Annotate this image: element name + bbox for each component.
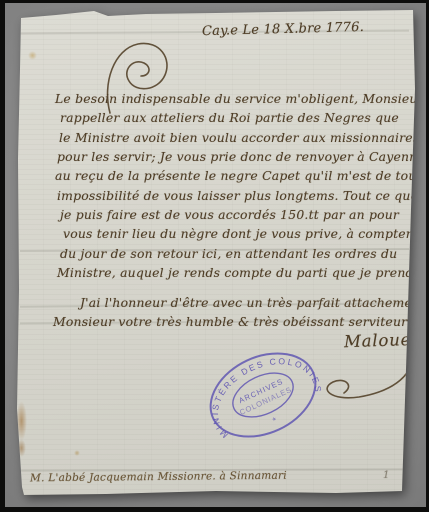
letter-line: Ministre, auquel je rends compte du part… [57, 265, 420, 280]
foxing-stain [74, 450, 80, 456]
archive-stamp: MINISTÈRE DES COLONIES ARCHIVES COLONIAL… [184, 324, 342, 466]
stamp-star: * [271, 415, 279, 426]
letter-line: Le besoin indispensable du service m'obl… [55, 91, 429, 106]
closing-line: J'ai l'honneur d'être avec un très parfa… [80, 295, 425, 310]
letter-line: rappeller aux atteliers du Roi partie de… [60, 110, 399, 125]
closing-line: Monsieur votre très humble & très obéiss… [53, 314, 407, 329]
foxing-stain [17, 439, 26, 457]
archival-photo: Cay.e Le 18 X.bre 1776. Le besoin indisp… [0, 0, 429, 512]
foxing-stain [16, 401, 27, 441]
foxing-stain [28, 51, 37, 60]
letter-line: au reçu de la présente le negre Capet qu… [55, 168, 429, 183]
dateline: Cay.e Le 18 X.bre 1776. [202, 20, 364, 39]
letter-paper: Cay.e Le 18 X.bre 1776. Le besoin indisp… [16, 9, 415, 495]
letter-line: du jour de son retour ici, en attendant … [60, 246, 397, 261]
address-line: M. L'abbé Jacquemain Missionre. à Sinnam… [30, 470, 287, 485]
page-number: 1 [383, 470, 390, 481]
letter-line: je puis faire est de vous accordés 150.t… [60, 207, 399, 222]
letter-line: le Ministre avoit bien voulu accorder au… [59, 130, 419, 145]
letter-line: impossibilité de vous laisser plus longt… [57, 188, 418, 203]
letter-paper-wrap: Cay.e Le 18 X.bre 1776. Le besoin indisp… [16, 9, 415, 495]
letter-line: vous tenir lieu du nègre dont je vous pr… [63, 226, 412, 241]
letter-line: pour les servir; Je vous prie donc de re… [57, 149, 425, 164]
